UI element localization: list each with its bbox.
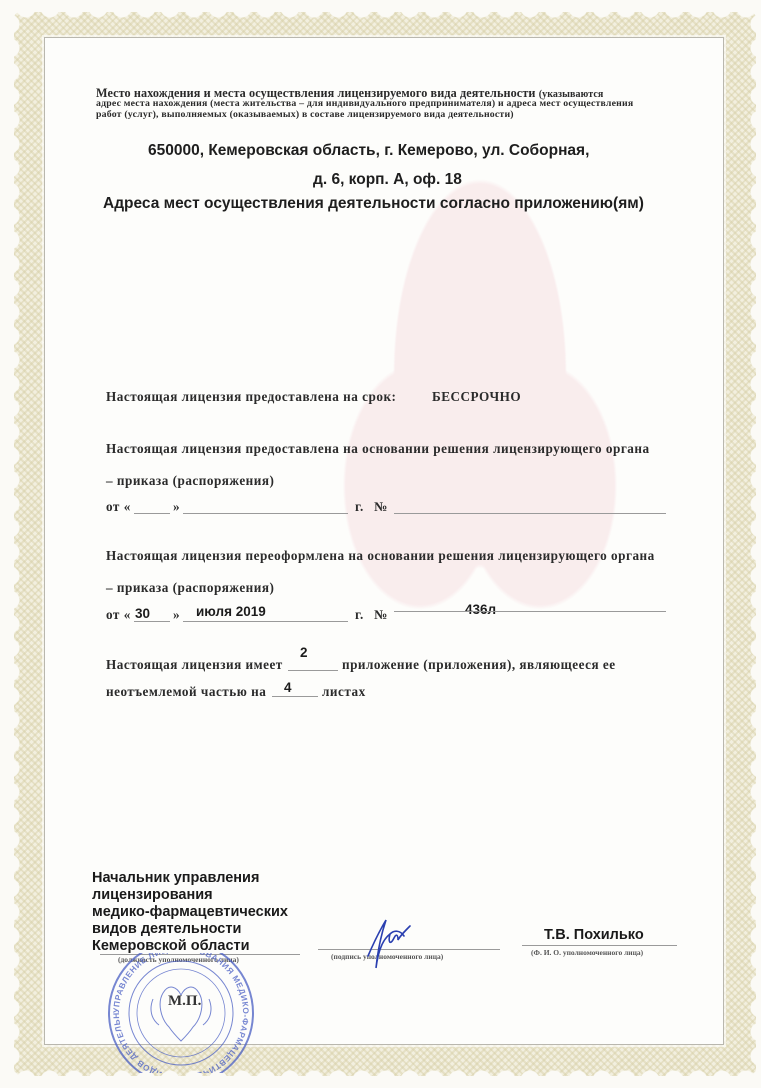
reissue-year-suffix: г. xyxy=(355,607,364,623)
reissue-day-value: 30 xyxy=(135,606,150,621)
heading-note-line-3: работ (услуг), выполняемых (оказываемых)… xyxy=(96,109,514,120)
reissue-date-row: от « xyxy=(106,607,131,623)
name-field-line xyxy=(522,945,677,946)
annex-suffix: листах xyxy=(322,684,366,700)
basis-number-sign: № xyxy=(374,499,388,515)
from-prefix: от « xyxy=(106,499,131,514)
reissue-day-field xyxy=(134,621,170,622)
basis-number-field xyxy=(394,513,666,514)
annex-sheets-value: 4 xyxy=(284,680,292,695)
reissue-quote-close: » xyxy=(173,607,180,623)
heading-note-line-2: адрес места нахождения (места жительства… xyxy=(96,98,633,109)
annex-count-field xyxy=(288,670,338,671)
reissue-month-year-field xyxy=(183,621,348,622)
signer-position-line-1: Начальник управления xyxy=(92,870,259,887)
reissue-number-sign: № xyxy=(374,607,388,623)
official-seal: УПРАВЛЕНИЕ ЛИЦЕНЗИРОВАНИЯ МЕДИКО-ФАРМАЦЕ… xyxy=(93,953,269,1073)
signer-position-line-3: медико-фармацевтических xyxy=(92,904,288,921)
handwritten-signature xyxy=(360,912,420,972)
annex-line-2-prefix: неотъемлемой частью на xyxy=(106,684,266,700)
basis-quote-close: » xyxy=(173,499,180,515)
basis-line-2: – приказа (распоряжения) xyxy=(106,473,274,489)
seal-label: М.П. xyxy=(168,993,201,1010)
reissue-number-field xyxy=(394,611,666,612)
annex-prefix: Настоящая лицензия имеет xyxy=(106,657,283,673)
annex-sheets-field xyxy=(272,696,318,697)
reissue-month-year-value: июля 2019 xyxy=(196,604,266,619)
svg-text:УПРАВЛЕНИЕ ЛИЦЕНЗИРОВАНИЯ МЕДИ: УПРАВЛЕНИЕ ЛИЦЕНЗИРОВАНИЯ МЕДИКО-ФАРМАЦЕ… xyxy=(93,953,250,1073)
basis-line-1: Настоящая лицензия предоставлена на осно… xyxy=(106,441,650,457)
basis-day-field xyxy=(134,513,170,514)
signer-name: Т.В. Похилько xyxy=(544,927,644,943)
signer-position-line-4: видов деятельности xyxy=(92,921,241,938)
signer-position-line-2: лицензирования xyxy=(92,887,213,904)
reissue-line-1: Настоящая лицензия переоформлена на осно… xyxy=(106,548,655,564)
address-line-1: 650000, Кемеровская область, г. Кемерово… xyxy=(148,142,589,160)
name-caption: (Ф. И. О. уполномоченного лица) xyxy=(531,948,643,957)
term-value: БЕССРОЧНО xyxy=(432,389,521,405)
reissue-number-value: 436л xyxy=(465,602,496,617)
seal-ring-text: УПРАВЛЕНИЕ ЛИЦЕНЗИРОВАНИЯ МЕДИКО-ФАРМАЦЕ… xyxy=(93,953,250,1073)
basis-year-suffix: г. xyxy=(355,499,364,515)
annex-middle: приложение (приложения), являющееся ее xyxy=(342,657,616,673)
annex-count-value: 2 xyxy=(300,645,308,660)
address-line-3: Адреса мест осуществления деятельности с… xyxy=(103,195,644,213)
from-prefix: от « xyxy=(106,607,131,622)
term-label: Настоящая лицензия предоставлена на срок… xyxy=(106,389,396,405)
basis-date-row: от « xyxy=(106,499,131,515)
address-line-2: д. 6, корп. А, оф. 18 xyxy=(313,171,462,189)
basis-month-year-field xyxy=(183,513,348,514)
reissue-line-2: – приказа (распоряжения) xyxy=(106,580,274,596)
